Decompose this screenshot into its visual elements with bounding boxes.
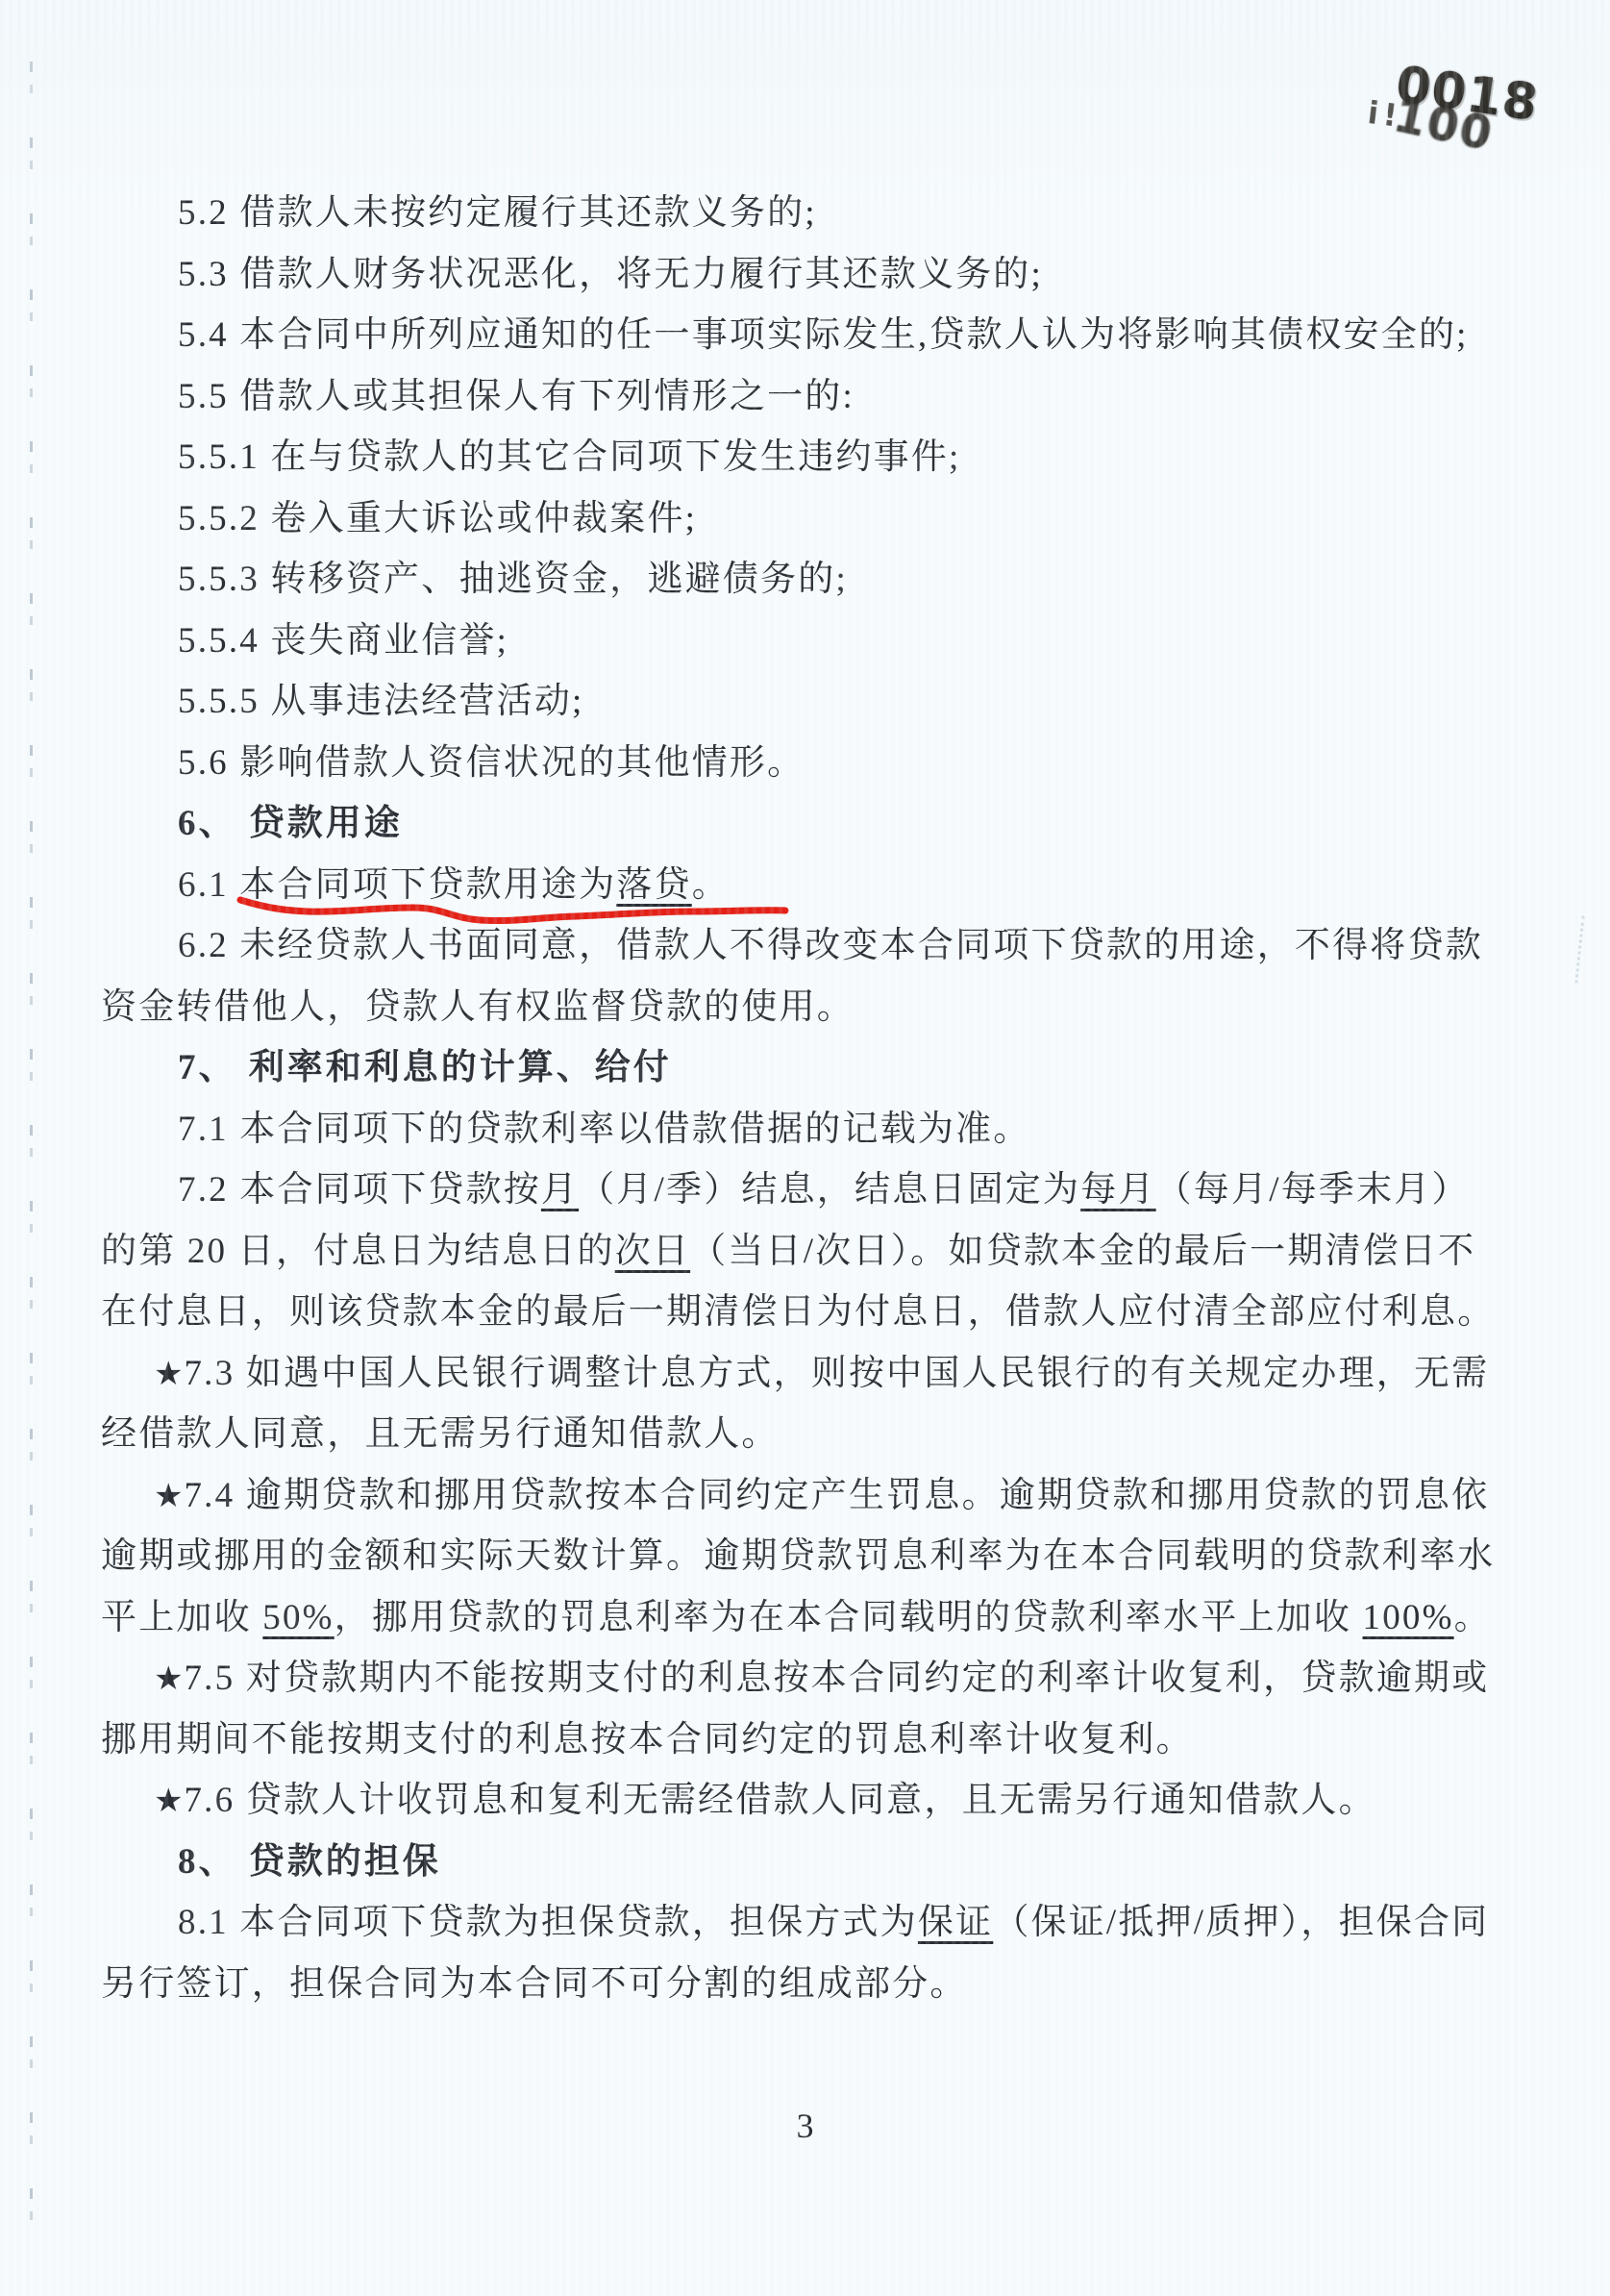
- doc-text: 8、 贷款的担保: [178, 1842, 441, 1882]
- doc-text: 7.6 贷款人计收罚息和复利无需经借款人同意，且无需另行通知借款人。: [184, 1781, 1375, 1820]
- doc-text: 7.2 本合同项下贷款按: [178, 1170, 541, 1210]
- doc-line: 7.1 本合同项下的贷款利率以借款借据的记载为准。: [101, 1099, 1523, 1160]
- doc-text: 5.6 影响借款人资信状况的其他情形。: [178, 743, 805, 783]
- doc-text: 7、 利率和利息的计算、给付: [178, 1048, 672, 1087]
- star-icon: ★: [154, 1479, 184, 1514]
- doc-line: 逾期或挪用的金额和实际天数计算。逾期贷款罚息利率为在本合同载明的贷款利率水: [101, 1526, 1523, 1587]
- doc-text: （月/季）结息，结息日固定为: [579, 1170, 1080, 1210]
- doc-line: 平上加收 50%，挪用贷款的罚息利率为在本合同载明的贷款利率水平上加收 100%…: [101, 1587, 1523, 1649]
- doc-text: 5.5 借款人或其担保人有下列情形之一的:: [178, 377, 855, 416]
- doc-line: ★7.6 贷款人计收罚息和复利无需经借款人同意，且无需另行通知借款人。: [101, 1770, 1523, 1832]
- doc-line: 7、 利率和利息的计算、给付: [101, 1037, 1523, 1099]
- doc-line: 8、 贷款的担保: [101, 1832, 1523, 1893]
- doc-text: 5.5.2 卷入重大诉讼或仲裁案件;: [178, 499, 697, 538]
- scanned-contract-page: i! 100 0018 5.2 借款人未按约定履行其还款义务的;5.3 借款人财…: [0, 0, 1610, 2296]
- doc-line: 5.3 借款人财务状况恶化，将无力履行其还款义务的;: [101, 244, 1523, 306]
- doc-text: 资金转借他人，贷款人有权监督贷款的使用。: [101, 987, 855, 1027]
- underlined-fill-in-text: 100%: [1363, 1598, 1454, 1637]
- doc-text: 5.4 本合同中所列应通知的任一事项实际发生,贷款人认为将影响其债权安全的;: [178, 315, 1469, 355]
- doc-line: 挪用期间不能按期支付的利息按本合同约定的罚息利率计收复利。: [101, 1710, 1523, 1771]
- doc-line: 6、 贷款用途: [101, 793, 1523, 855]
- doc-text: 的第 20 日，付息日为结息日的: [101, 1232, 615, 1271]
- doc-line: 经借款人同意，且无需另行通知借款人。: [101, 1404, 1523, 1465]
- doc-text: （每月/每季末月）: [1156, 1170, 1470, 1210]
- underlined-fill-in-text: 保证: [918, 1903, 993, 1942]
- doc-text: ，挪用贷款的罚息利率为在本合同载明的贷款利率水平上加收: [334, 1598, 1363, 1637]
- doc-line: 5.5 借款人或其担保人有下列情形之一的:: [101, 366, 1523, 428]
- doc-text: 7.5 对贷款期内不能按期支付的利息按本合同约定的利率计收复利，贷款逾期或: [184, 1659, 1489, 1698]
- doc-text: 7.3 如遇中国人民银行调整计息方式，则按中国人民银行的有关规定办理，无需: [184, 1354, 1489, 1393]
- doc-text: 5.5.3 转移资产、抽逃资金，逃避债务的;: [178, 560, 848, 599]
- doc-text: 经借款人同意，且无需另行通知借款人。: [101, 1414, 780, 1454]
- doc-line: 5.5.1 在与贷款人的其它合同项下发生违约事件;: [101, 427, 1523, 488]
- doc-line: 的第 20 日，付息日为结息日的次日（当日/次日）。如贷款本金的最后一期清偿日不: [101, 1221, 1523, 1283]
- doc-line: 8.1 本合同项下贷款为担保贷款，担保方式为保证（保证/抵押/质押），担保合同: [101, 1892, 1523, 1954]
- doc-text: 另行签订，担保合同为本合同不可分割的组成部分。: [101, 1964, 968, 2004]
- doc-line: 5.5.4 丧失商业信誉;: [101, 611, 1523, 672]
- underlined-fill-in-text: 50%: [262, 1598, 334, 1637]
- doc-line: 5.6 影响借款人资信状况的其他情形。: [101, 733, 1523, 794]
- doc-text: 平上加收: [101, 1598, 262, 1637]
- doc-line: ★7.4 逾期贷款和挪用贷款按本合同约定产生罚息。逾期贷款和挪用贷款的罚息依: [101, 1465, 1523, 1527]
- page-number: 3: [0, 2106, 1610, 2150]
- underlined-fill-in-text: 次日: [615, 1232, 690, 1271]
- doc-text: 6、 贷款用途: [178, 804, 403, 843]
- doc-line: 资金转借他人，贷款人有权监督贷款的使用。: [101, 977, 1523, 1038]
- doc-line: 另行签订，担保合同为本合同不可分割的组成部分。: [101, 1954, 1523, 2015]
- star-icon: ★: [154, 1784, 184, 1819]
- doc-text: 逾期或挪用的金额和实际天数计算。逾期贷款罚息利率为在本合同载明的贷款利率水: [101, 1536, 1495, 1576]
- red-underline-annotation: [216, 880, 812, 937]
- doc-line: 5.5.2 卷入重大诉讼或仲裁案件;: [101, 488, 1523, 550]
- doc-text: 5.5.1 在与贷款人的其它合同项下发生违约事件;: [178, 437, 961, 477]
- doc-line: 7.2 本合同项下贷款按月（月/季）结息，结息日固定为每月（每月/每季末月）: [101, 1160, 1523, 1221]
- doc-text: （当日/次日）。如贷款本金的最后一期清偿日不: [690, 1232, 1475, 1271]
- doc-text: 5.2 借款人未按约定履行其还款义务的;: [178, 193, 817, 233]
- doc-line: 5.5.3 转移资产、抽逃资金，逃避债务的;: [101, 549, 1523, 611]
- doc-text: 5.3 借款人财务状况恶化，将无力履行其还款义务的;: [178, 255, 1043, 294]
- doc-line: ★7.5 对贷款期内不能按期支付的利息按本合同约定的利率计收复利，贷款逾期或: [101, 1648, 1523, 1710]
- contract-body: 5.2 借款人未按约定履行其还款义务的;5.3 借款人财务状况恶化，将无力履行其…: [101, 183, 1523, 2014]
- binding-marks: [30, 62, 33, 2225]
- doc-line: ★7.3 如遇中国人民银行调整计息方式，则按中国人民银行的有关规定办理，无需: [101, 1343, 1523, 1405]
- star-icon: ★: [154, 1661, 184, 1697]
- doc-text: 挪用期间不能按期支付的利息按本合同约定的罚息利率计收复利。: [101, 1720, 1194, 1759]
- doc-text: 5.5.5 从事违法经营活动;: [178, 682, 584, 721]
- doc-text: 8.1 本合同项下贷款为担保贷款，担保方式为: [178, 1903, 918, 1942]
- scan-smudge: [1565, 915, 1584, 984]
- doc-line: 5.5.5 从事违法经营活动;: [101, 671, 1523, 733]
- doc-line: 5.4 本合同中所列应通知的任一事项实际发生,贷款人认为将影响其债权安全的;: [101, 305, 1523, 366]
- doc-text: 7.1 本合同项下的贷款利率以借款借据的记载为准。: [178, 1110, 1031, 1149]
- doc-line: 5.2 借款人未按约定履行其还款义务的;: [101, 183, 1523, 244]
- underlined-fill-in-text: 月: [541, 1170, 579, 1210]
- doc-text: 5.5.4 丧失商业信誉;: [178, 621, 508, 661]
- star-icon: ★: [154, 1357, 184, 1392]
- doc-text: 。: [1454, 1598, 1492, 1637]
- doc-text: 在付息日，则该贷款本金的最后一期清偿日为付息日，借款人应付清全部应付利息。: [101, 1292, 1495, 1332]
- doc-text: （保证/抵押/质押），担保合同: [993, 1903, 1489, 1942]
- page-stamp: i! 100 0018: [1341, 53, 1562, 187]
- underlined-fill-in-text: 每月: [1080, 1170, 1155, 1210]
- doc-text: 7.4 逾期贷款和挪用贷款按本合同约定产生罚息。逾期贷款和挪用贷款的罚息依: [184, 1476, 1489, 1515]
- doc-line: 在付息日，则该贷款本金的最后一期清偿日为付息日，借款人应付清全部应付利息。: [101, 1282, 1523, 1343]
